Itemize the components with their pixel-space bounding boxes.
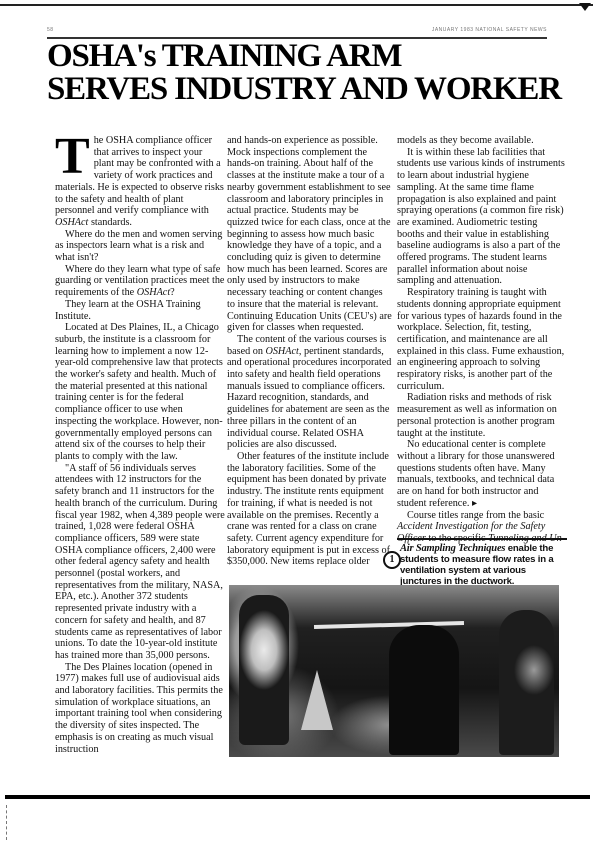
caption-rule [397,538,567,540]
paragraph: No educational center is complete withou… [397,439,567,509]
running-head: 58 JANUARY 1983 NATIONAL SAFETY NEWS [47,27,547,37]
publication-name: JANUARY 1983 NATIONAL SAFETY NEWS [432,27,547,33]
photo-caption: Air Sampling Techniques enable the stude… [400,543,568,587]
paragraph: and hands-on experience as possible. Moc… [227,135,392,334]
cone-shape [301,670,333,730]
article-column-1: The OSHA compliance officer that arrives… [55,135,225,755]
paragraph: It is within these lab facilities that s… [397,147,567,287]
paragraph: Located at Des Plaines, IL, a Chicago su… [55,322,225,462]
bottom-page-rule [5,795,590,799]
paragraph: Where do they learn what type of safe gu… [55,264,225,299]
margin-mark [6,805,8,840]
air-sampling-photo [229,585,559,757]
paragraph: Other features of the institute include … [227,451,392,568]
article-column-3: models as they become available. It is w… [397,135,567,545]
student-figure [389,625,459,755]
paragraph: Where do the men and women serving as in… [55,229,225,264]
drop-cap: T [55,137,90,177]
paragraph: Respiratory training is taught with stud… [397,287,567,392]
paragraph: "A staff of 56 individuals serves attend… [55,463,225,662]
photo-number-icon: 1 [383,551,401,569]
student-figure [499,610,554,755]
student-figure [239,595,289,745]
paragraph: The Des Plaines location (opened in 1977… [55,662,225,756]
page-number: 58 [47,27,54,33]
title-line-2: SERVES INDUSTRY AND WORKER [47,73,567,106]
paragraph: The content of the various courses is ba… [227,334,392,451]
paragraph: models as they become available. [397,135,567,147]
article-column-2: and hands-on experience as possible. Moc… [227,135,392,568]
title-line-1: OSHA's TRAINING ARM [47,40,567,73]
paragraph: They learn at the OSHA Training Institut… [55,299,225,322]
article-title: OSHA's TRAINING ARM SERVES INDUSTRY AND … [47,40,567,106]
top-page-rule [0,4,593,6]
paragraph: The OSHA compliance officer that arrives… [55,135,225,229]
caption-title: Air Sampling Techniques [400,543,505,554]
paragraph: Radiation risks and methods of risk meas… [397,392,567,439]
